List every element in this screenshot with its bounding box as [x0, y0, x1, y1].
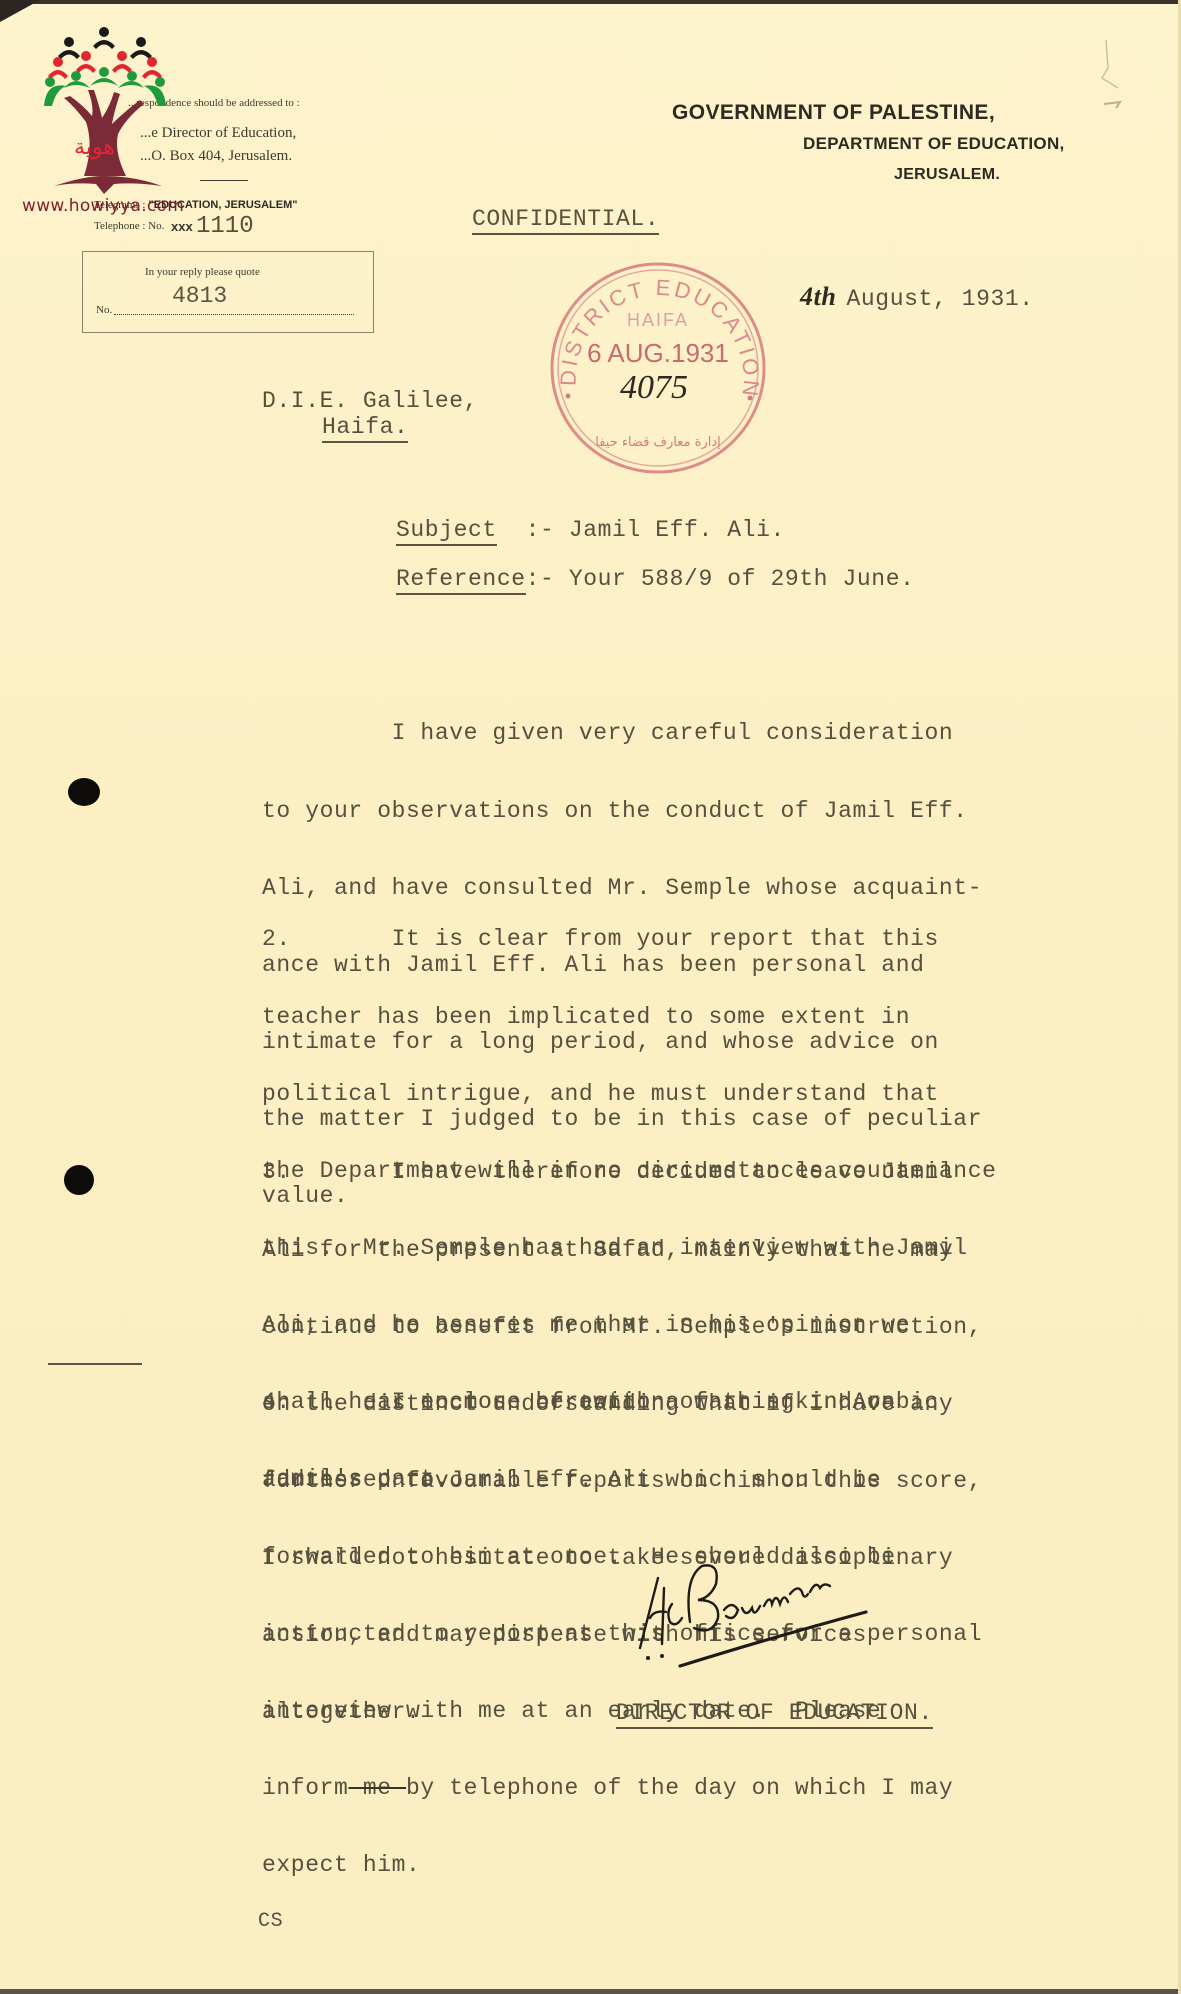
body-line: 2. It is clear from your report that thi…	[262, 927, 1022, 953]
stamp-arabic-text: إدارة معارف قضاء حيفا	[595, 435, 721, 450]
typist-initials: CS	[258, 1910, 283, 1933]
howiyya-tree-logo-icon: هوية	[44, 26, 174, 196]
addressee-line-1: D.I.E. Galilee,	[262, 388, 478, 414]
body-line: I have given very careful consideration	[262, 721, 1022, 747]
pencil-mark-icon	[1098, 38, 1130, 118]
subject-label: Subject	[396, 517, 497, 546]
body-line: to your observations on the conduct of J…	[262, 799, 1022, 825]
telephone-number: 1110	[196, 213, 254, 240]
subject-line: Subject :- Jamil Eff. Ali.	[396, 517, 785, 543]
line-post: by telephone of the day on which I may	[406, 1775, 953, 1801]
reply-no-label: No.	[96, 304, 112, 316]
body-line: 3. I have therefore decided to leave Jam…	[262, 1160, 1022, 1186]
stamp-handwritten-number: 4075	[620, 369, 688, 406]
body-line: teacher has been implicated to some exte…	[262, 1005, 1022, 1031]
body-line: political intrigue, and he must understa…	[262, 1082, 1022, 1108]
classification-label: CONFIDENTIAL.	[472, 206, 659, 235]
reference-separator: :-	[526, 566, 569, 592]
stamp-city: HAIFA	[627, 310, 689, 330]
body-line: Ali for the present at Safad, mainly tha…	[262, 1238, 1022, 1264]
svg-text:هوية: هوية	[74, 135, 115, 160]
reference-value: Your 588/9 of 29th June.	[569, 566, 915, 592]
address-rule	[200, 180, 248, 181]
punch-hole	[64, 1165, 94, 1195]
reply-no-dotted-line	[114, 314, 354, 315]
handwritten-signature: H.E. Bowman	[620, 1548, 950, 1678]
reply-quote-label: In your reply please quote	[145, 266, 260, 278]
letter-date: 4thAugust, 1931.	[800, 282, 1034, 312]
stamp-date: 6 AUG.1931	[587, 338, 729, 368]
reply-quote-box	[82, 251, 374, 333]
signature-name: H.E. Bowman	[620, 1548, 627, 1549]
body-line: 4. I enclose herewith a warning in Arabi…	[262, 1390, 1022, 1416]
line-pre: inform	[262, 1775, 348, 1801]
body-line: expect him.	[262, 1853, 1022, 1879]
scan-corner-shadow	[0, 0, 40, 22]
district-education-office-stamp: DISTRICT EDUCATION OFF... HAIFA 6 AUG.19…	[538, 246, 778, 486]
telephone-label: Telephone : No.	[94, 220, 164, 232]
date-day-handwritten: 4th	[800, 282, 836, 311]
addressee-line-2: Haifa.	[322, 414, 408, 443]
department-title: DEPARTMENT OF EDUCATION,	[803, 134, 1065, 154]
scan-top-edge	[0, 0, 1181, 4]
government-title: GOVERNMENT OF PALESTINE,	[672, 101, 995, 125]
signatory-title: DIRECTOR OF EDUCATION.	[616, 1700, 933, 1729]
telephone-struck-out: xxx	[171, 219, 193, 234]
city-title: JERUSALEM.	[894, 166, 1000, 184]
margin-rule	[48, 1363, 142, 1365]
watermark-url: www.howiyya.com	[22, 196, 184, 216]
subject-value: Jamil Eff. Ali.	[569, 517, 785, 543]
body-line-with-strikeout: inform me by telephone of the day on whi…	[262, 1776, 1022, 1802]
reference-label: Reference	[396, 566, 526, 595]
date-rest: August, 1931.	[846, 286, 1033, 312]
subject-separator: :-	[497, 517, 569, 543]
scan-bottom-edge	[0, 1989, 1181, 1994]
body-line: addressed to Jamil Eff. Ali which should…	[262, 1468, 1022, 1494]
body-line: continue to benefit from Mr. Semple's in…	[262, 1315, 1022, 1341]
punch-hole	[68, 778, 100, 806]
letter-page: GOVERNMENT OF PALESTINE, DEPARTMENT OF E…	[0, 0, 1181, 1994]
reference-line: Reference:- Your 588/9 of 29th June.	[396, 566, 915, 592]
reply-quote-number: 4813	[172, 283, 227, 309]
struck-text: me	[348, 1775, 406, 1801]
